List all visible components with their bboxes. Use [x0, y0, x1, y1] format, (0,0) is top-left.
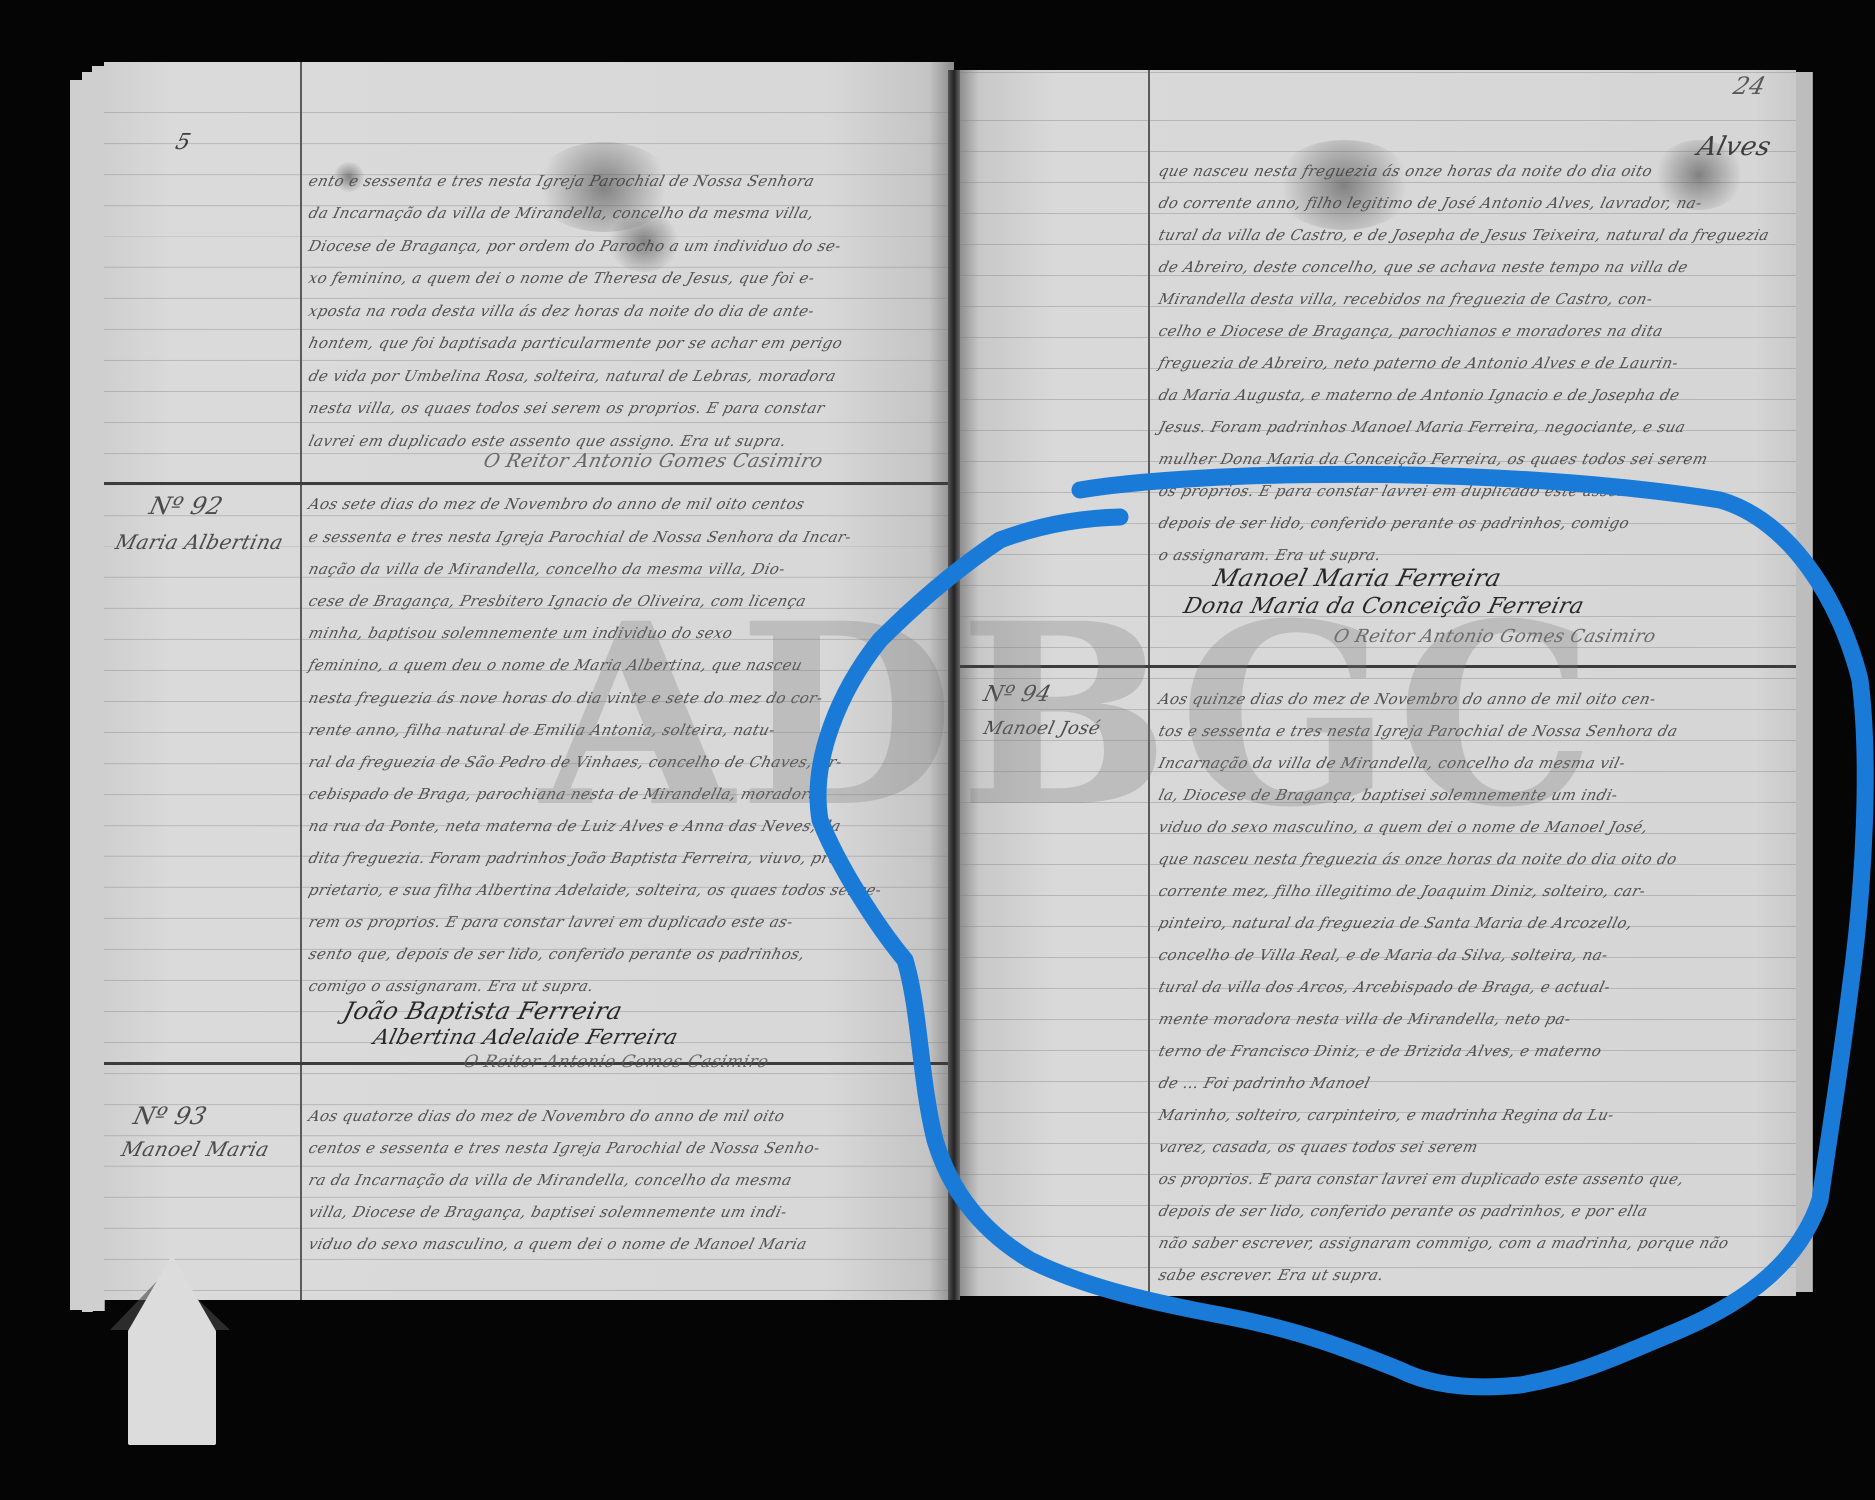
highlight-annotation-loop — [0, 0, 1875, 1500]
